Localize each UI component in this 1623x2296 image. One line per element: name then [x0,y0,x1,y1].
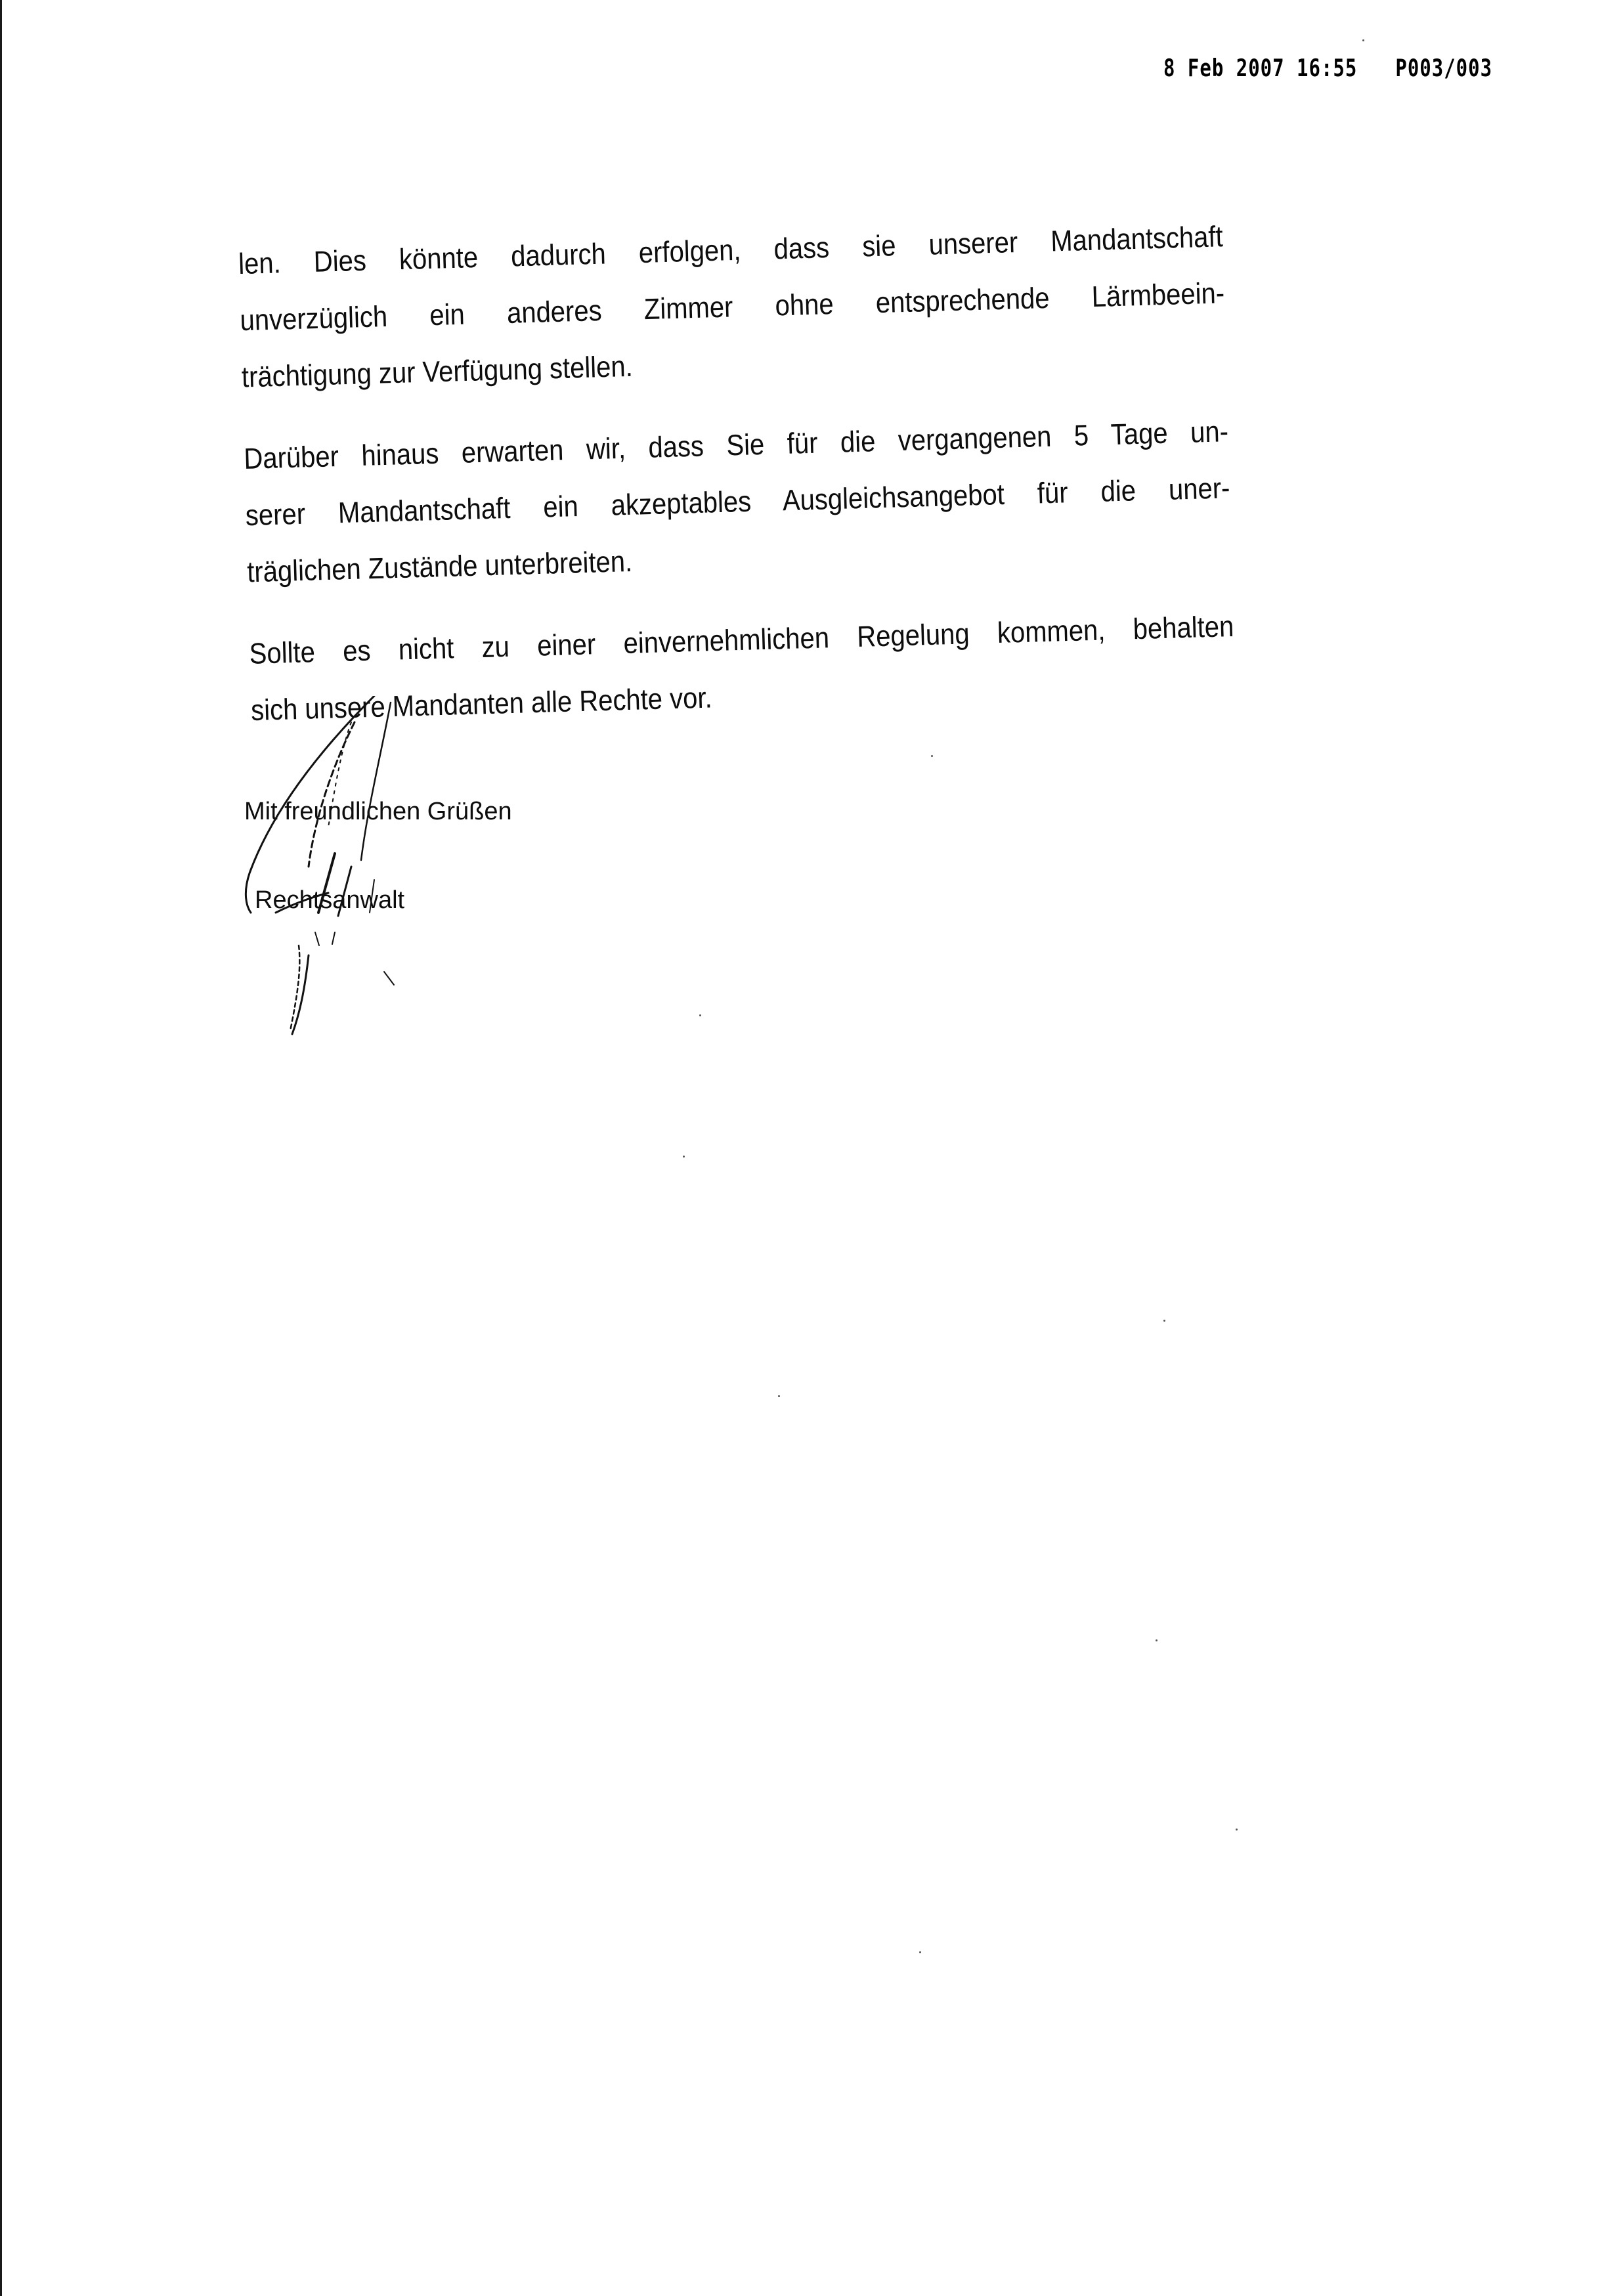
scan-artifact [1236,1829,1238,1830]
scan-artifact [931,755,933,757]
fax-header: 8 Feb 2007 16:55P003/003 [1163,54,1492,82]
paragraph-reservation-of-rights: Sollte es nicht zu einer einvernehmliche… [249,599,1236,739]
scan-artifact [699,1014,701,1016]
scan-artifact [683,1156,685,1158]
paragraph-remedy: len. Dies könnte dadurch erfolgen, dass … [238,209,1227,406]
fax-timestamp: 8 Feb 2007 16:55 [1163,54,1357,82]
letter-body: len. Dies könnte dadurch erfolgen, dass … [238,209,1237,771]
signatory-title: Rechtsanwalt [255,886,404,915]
closing-salutation: Mit freundlichen Grüßen [244,798,512,826]
scan-artifact [919,1951,921,1953]
scan-artifact [1163,1320,1165,1322]
fax-page-number: P003/003 [1395,54,1492,82]
scan-artifact [1362,39,1364,41]
scan-artifact [778,1395,780,1397]
paragraph-compensation: Darüber hinaus erwarten wir, dass Sie fü… [243,404,1232,601]
scan-left-edge [0,0,2,2296]
scan-artifact [1156,1639,1158,1641]
